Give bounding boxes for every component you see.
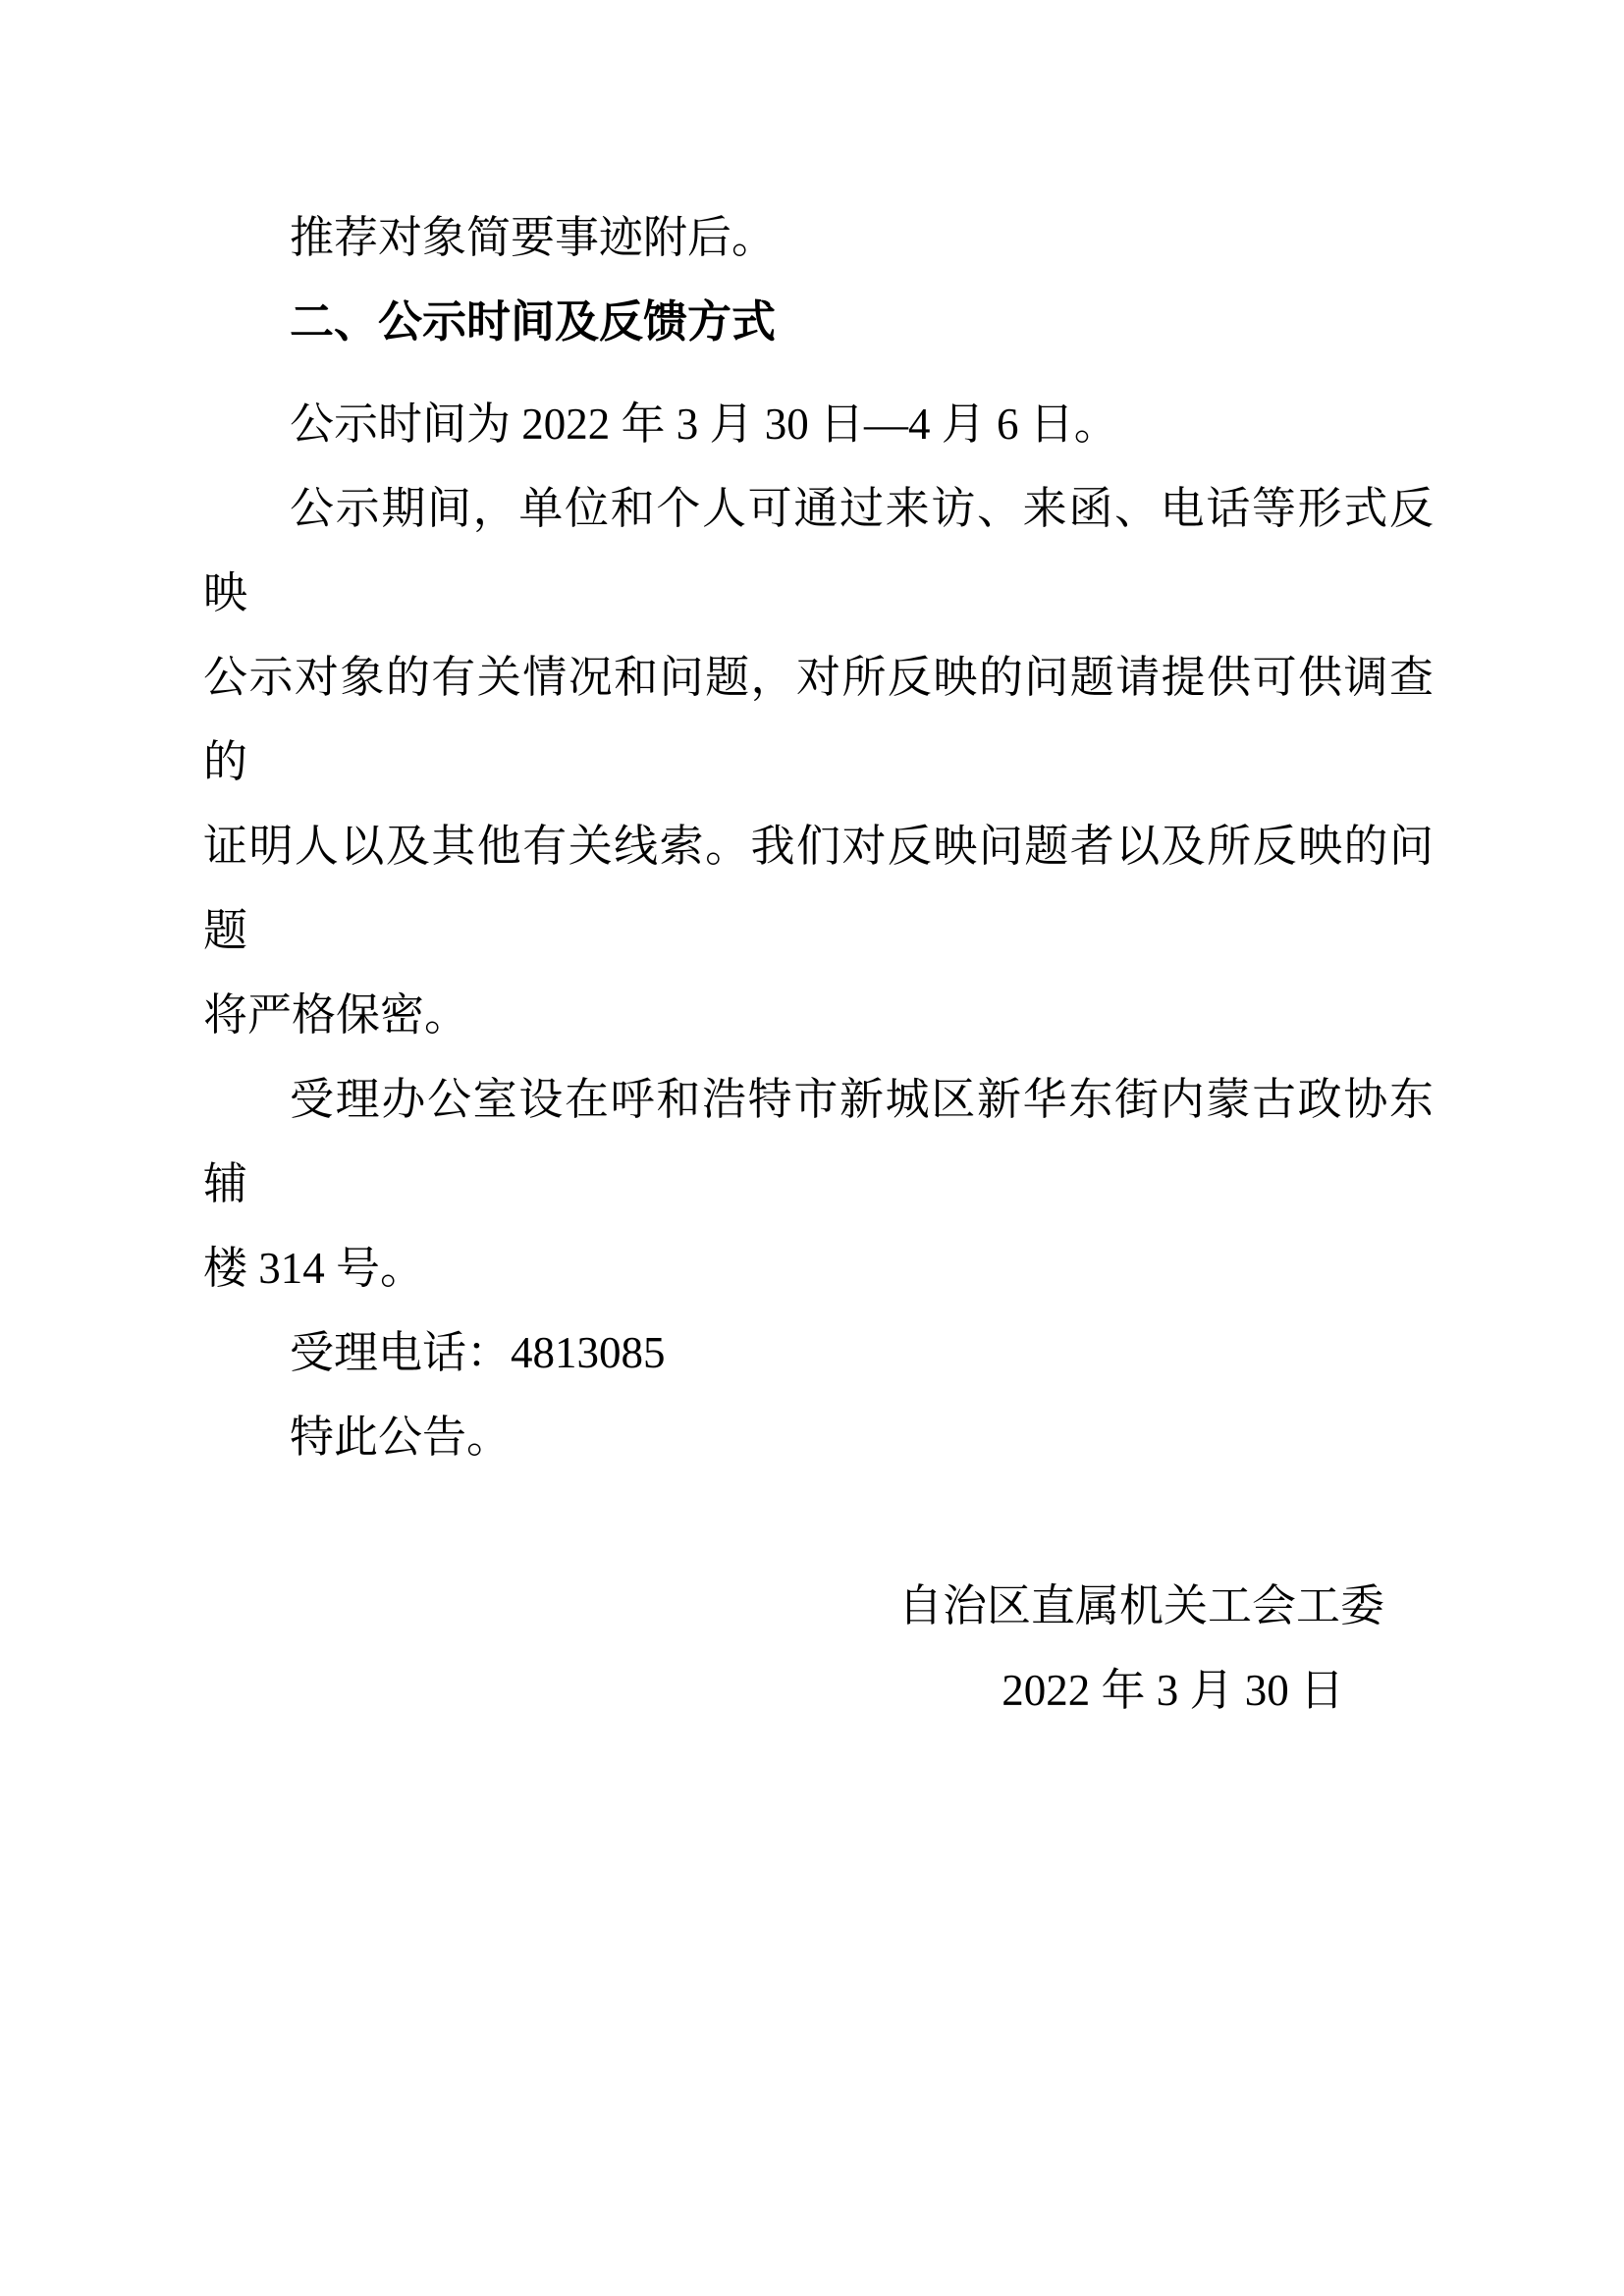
paragraph-line-feedback-3: 证明人以及其他有关线索。我们对反映问题者以及所反映的问题: [203, 804, 1434, 973]
paragraph-line-office-1: 受理办公室设在呼和浩特市新城区新华东街内蒙古政协东辅: [203, 1057, 1434, 1226]
signature-org: 自治区直属机关工会工委: [203, 1564, 1434, 1648]
paragraph-line-phone: 受理电话：4813085: [203, 1310, 1434, 1395]
paragraph-line-office-2: 楼 314 号。: [203, 1226, 1434, 1310]
document-page: 推荐对象简要事迹附后。 二、公示时间及反馈方式 公示时间为 2022 年 3 月…: [0, 0, 1624, 2296]
paragraph-line-closing: 特此公告。: [203, 1395, 1434, 1479]
blank-line: [203, 1479, 1434, 1564]
paragraph-line-feedback-4: 将严格保密。: [203, 973, 1434, 1057]
section-heading: 二、公示时间及反馈方式: [203, 280, 1434, 364]
signature-date: 2022 年 3 月 30 日: [203, 1648, 1434, 1733]
paragraph-line-publicity-period: 公示时间为 2022 年 3 月 30 日—4 月 6 日。: [203, 382, 1434, 466]
document-content: 推荐对象简要事迹附后。 二、公示时间及反馈方式 公示时间为 2022 年 3 月…: [0, 0, 1624, 1733]
paragraph-line-intro: 推荐对象简要事迹附后。: [203, 195, 1434, 280]
paragraph-line-feedback-2: 公示对象的有关情况和问题，对所反映的问题请提供可供调查的: [203, 635, 1434, 804]
paragraph-line-feedback-1: 公示期间，单位和个人可通过来访、来函、电话等形式反映: [203, 466, 1434, 635]
